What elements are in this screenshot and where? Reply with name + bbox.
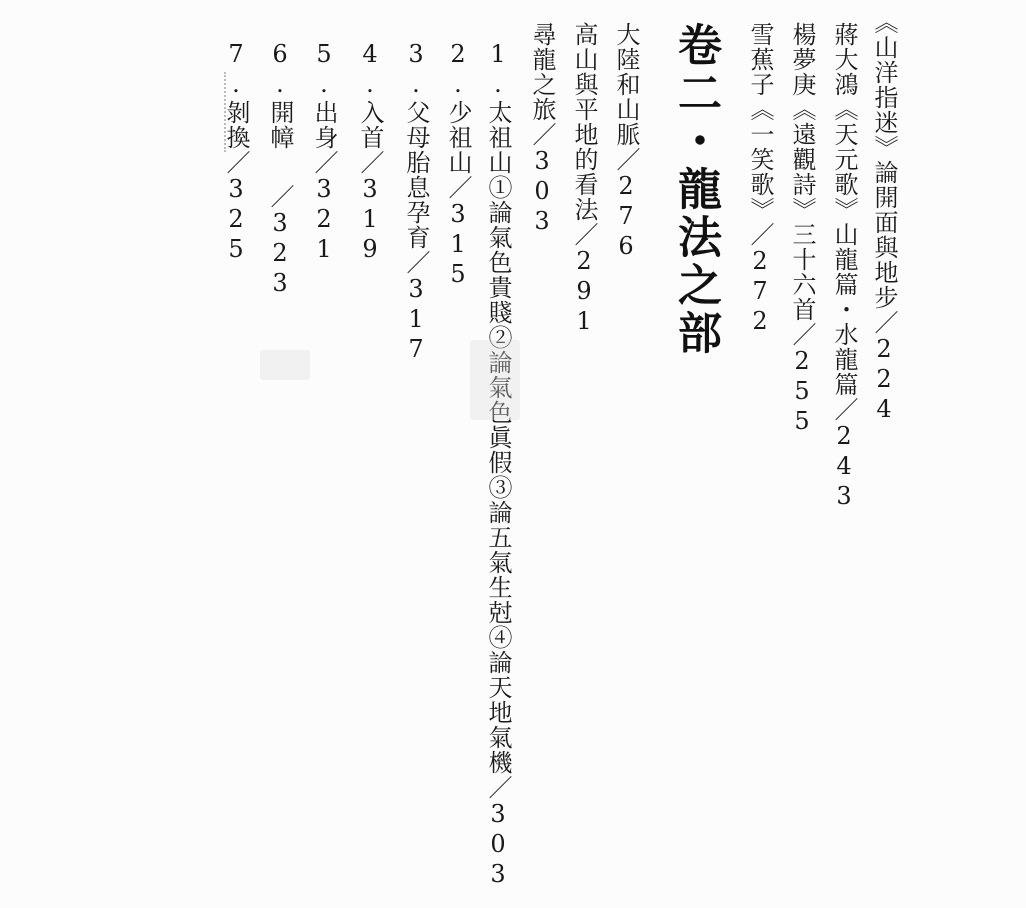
separator: ／ xyxy=(612,147,640,172)
toc-sub-entry-page: 315 xyxy=(444,200,472,290)
toc-entry: 《山洋指迷》論開面與地步／224 xyxy=(870,10,898,425)
toc-entry-title: 蔣大鴻《天元歌》山龍篇・水龍篇 xyxy=(830,22,858,397)
toc-sub-entry-title: 少祖山 xyxy=(444,100,472,175)
toc-entry-title: 尋龍之旅 xyxy=(528,22,556,122)
toc-entry-page: 276 xyxy=(612,172,640,262)
toc-sub-entry-page: 317 xyxy=(402,275,430,365)
toc-entry: 楊夢庚《遠觀詩》三十六首／255 xyxy=(788,22,816,437)
toc-sub-entry: 3.父母胎息孕育／317 xyxy=(402,40,430,365)
scan-smudge xyxy=(260,350,310,380)
toc-sub-entry: 1.太祖山①論氣色貴賤②論氣色眞假③論五氣生尅④論天地氣機／303 xyxy=(484,40,512,890)
toc-entry-page: 303 xyxy=(528,147,556,237)
toc-sub-entry-number: 4. xyxy=(356,40,384,100)
toc-entry-page: 224 xyxy=(870,335,898,425)
toc-sub-entry-number: 3. xyxy=(402,40,430,100)
toc-entry-title: 大陸和山脈 xyxy=(612,22,640,147)
separator: ／ xyxy=(746,222,774,247)
separator: ／ xyxy=(222,150,250,175)
toc-sub-entry: 2.少祖山／315 xyxy=(444,40,472,290)
toc-entry-title: 高山與平地的看法 xyxy=(570,22,598,222)
separator: ／ xyxy=(870,310,898,335)
scan-smudge xyxy=(470,340,520,420)
toc-entry-page: 272 xyxy=(746,247,774,337)
separator: ／ xyxy=(444,175,472,200)
separator: ／ xyxy=(528,122,556,147)
toc-sub-entry-number: 6. xyxy=(266,40,294,100)
toc-sub-entry-page: 325 xyxy=(222,175,250,265)
toc-sub-entry-title: 開幛 xyxy=(266,100,294,150)
separator: ／ xyxy=(788,322,816,347)
toc-sub-entry: 6.開幛／323 xyxy=(266,40,294,299)
toc-sub-entry-page: 303 xyxy=(484,800,512,890)
toc-sub-entry-title: 父母胎息孕育 xyxy=(402,100,430,250)
toc-sub-entry-number: 5. xyxy=(310,40,338,100)
toc-sub-entry-number: 1. xyxy=(484,40,512,100)
separator: ／ xyxy=(402,250,430,275)
toc-entry-title: 《山洋指迷》論開面與地步 xyxy=(870,10,898,310)
separator: ／ xyxy=(484,775,512,800)
toc-entry: 高山與平地的看法／291 xyxy=(570,22,598,337)
toc-entry-page: 255 xyxy=(788,347,816,437)
toc-entry-page: 291 xyxy=(570,247,598,337)
toc-entry: 蔣大鴻《天元歌》山龍篇・水龍篇／243 xyxy=(830,22,858,512)
toc-entry-page: 243 xyxy=(830,422,858,512)
toc-entry: 大陸和山脈／276 xyxy=(612,22,640,262)
toc-sub-entry-title: 入首 xyxy=(356,100,384,150)
toc-entry: 雪蕉子《一笑歌》／272 xyxy=(746,22,774,337)
toc-sub-entry: 5.出身／321 xyxy=(310,40,338,265)
toc-sub-entry-title: 太祖山①論氣色貴賤②論氣色眞假③論五氣生尅④論天地氣機 xyxy=(484,100,512,775)
separator: ／ xyxy=(356,150,384,175)
separator: ／ xyxy=(570,222,598,247)
toc-sub-entry-page: 321 xyxy=(310,175,338,265)
toc-entry-title: 雪蕉子《一笑歌》 xyxy=(746,22,774,222)
toc-sub-entry-page: 323 xyxy=(266,209,294,299)
toc-sub-entry-number: 2. xyxy=(444,40,472,100)
section-heading: 卷二・龍法之部 xyxy=(670,22,720,358)
scan-edge-marks xyxy=(224,72,230,152)
toc-sub-entry-title: 出身 xyxy=(310,100,338,150)
toc-entry-title: 楊夢庚《遠觀詩》三十六首 xyxy=(788,22,816,322)
separator: ／ xyxy=(830,397,858,422)
toc-sub-entry: 4.入首／319 xyxy=(356,40,384,265)
toc-sub-entry-page: 319 xyxy=(356,175,384,265)
separator: ／ xyxy=(266,184,294,209)
toc-entry: 尋龍之旅／303 xyxy=(528,22,556,237)
separator: ／ xyxy=(310,150,338,175)
toc-page: 《山洋指迷》論開面與地步／224 蔣大鴻《天元歌》山龍篇・水龍篇／243 楊夢庚… xyxy=(0,0,1026,908)
